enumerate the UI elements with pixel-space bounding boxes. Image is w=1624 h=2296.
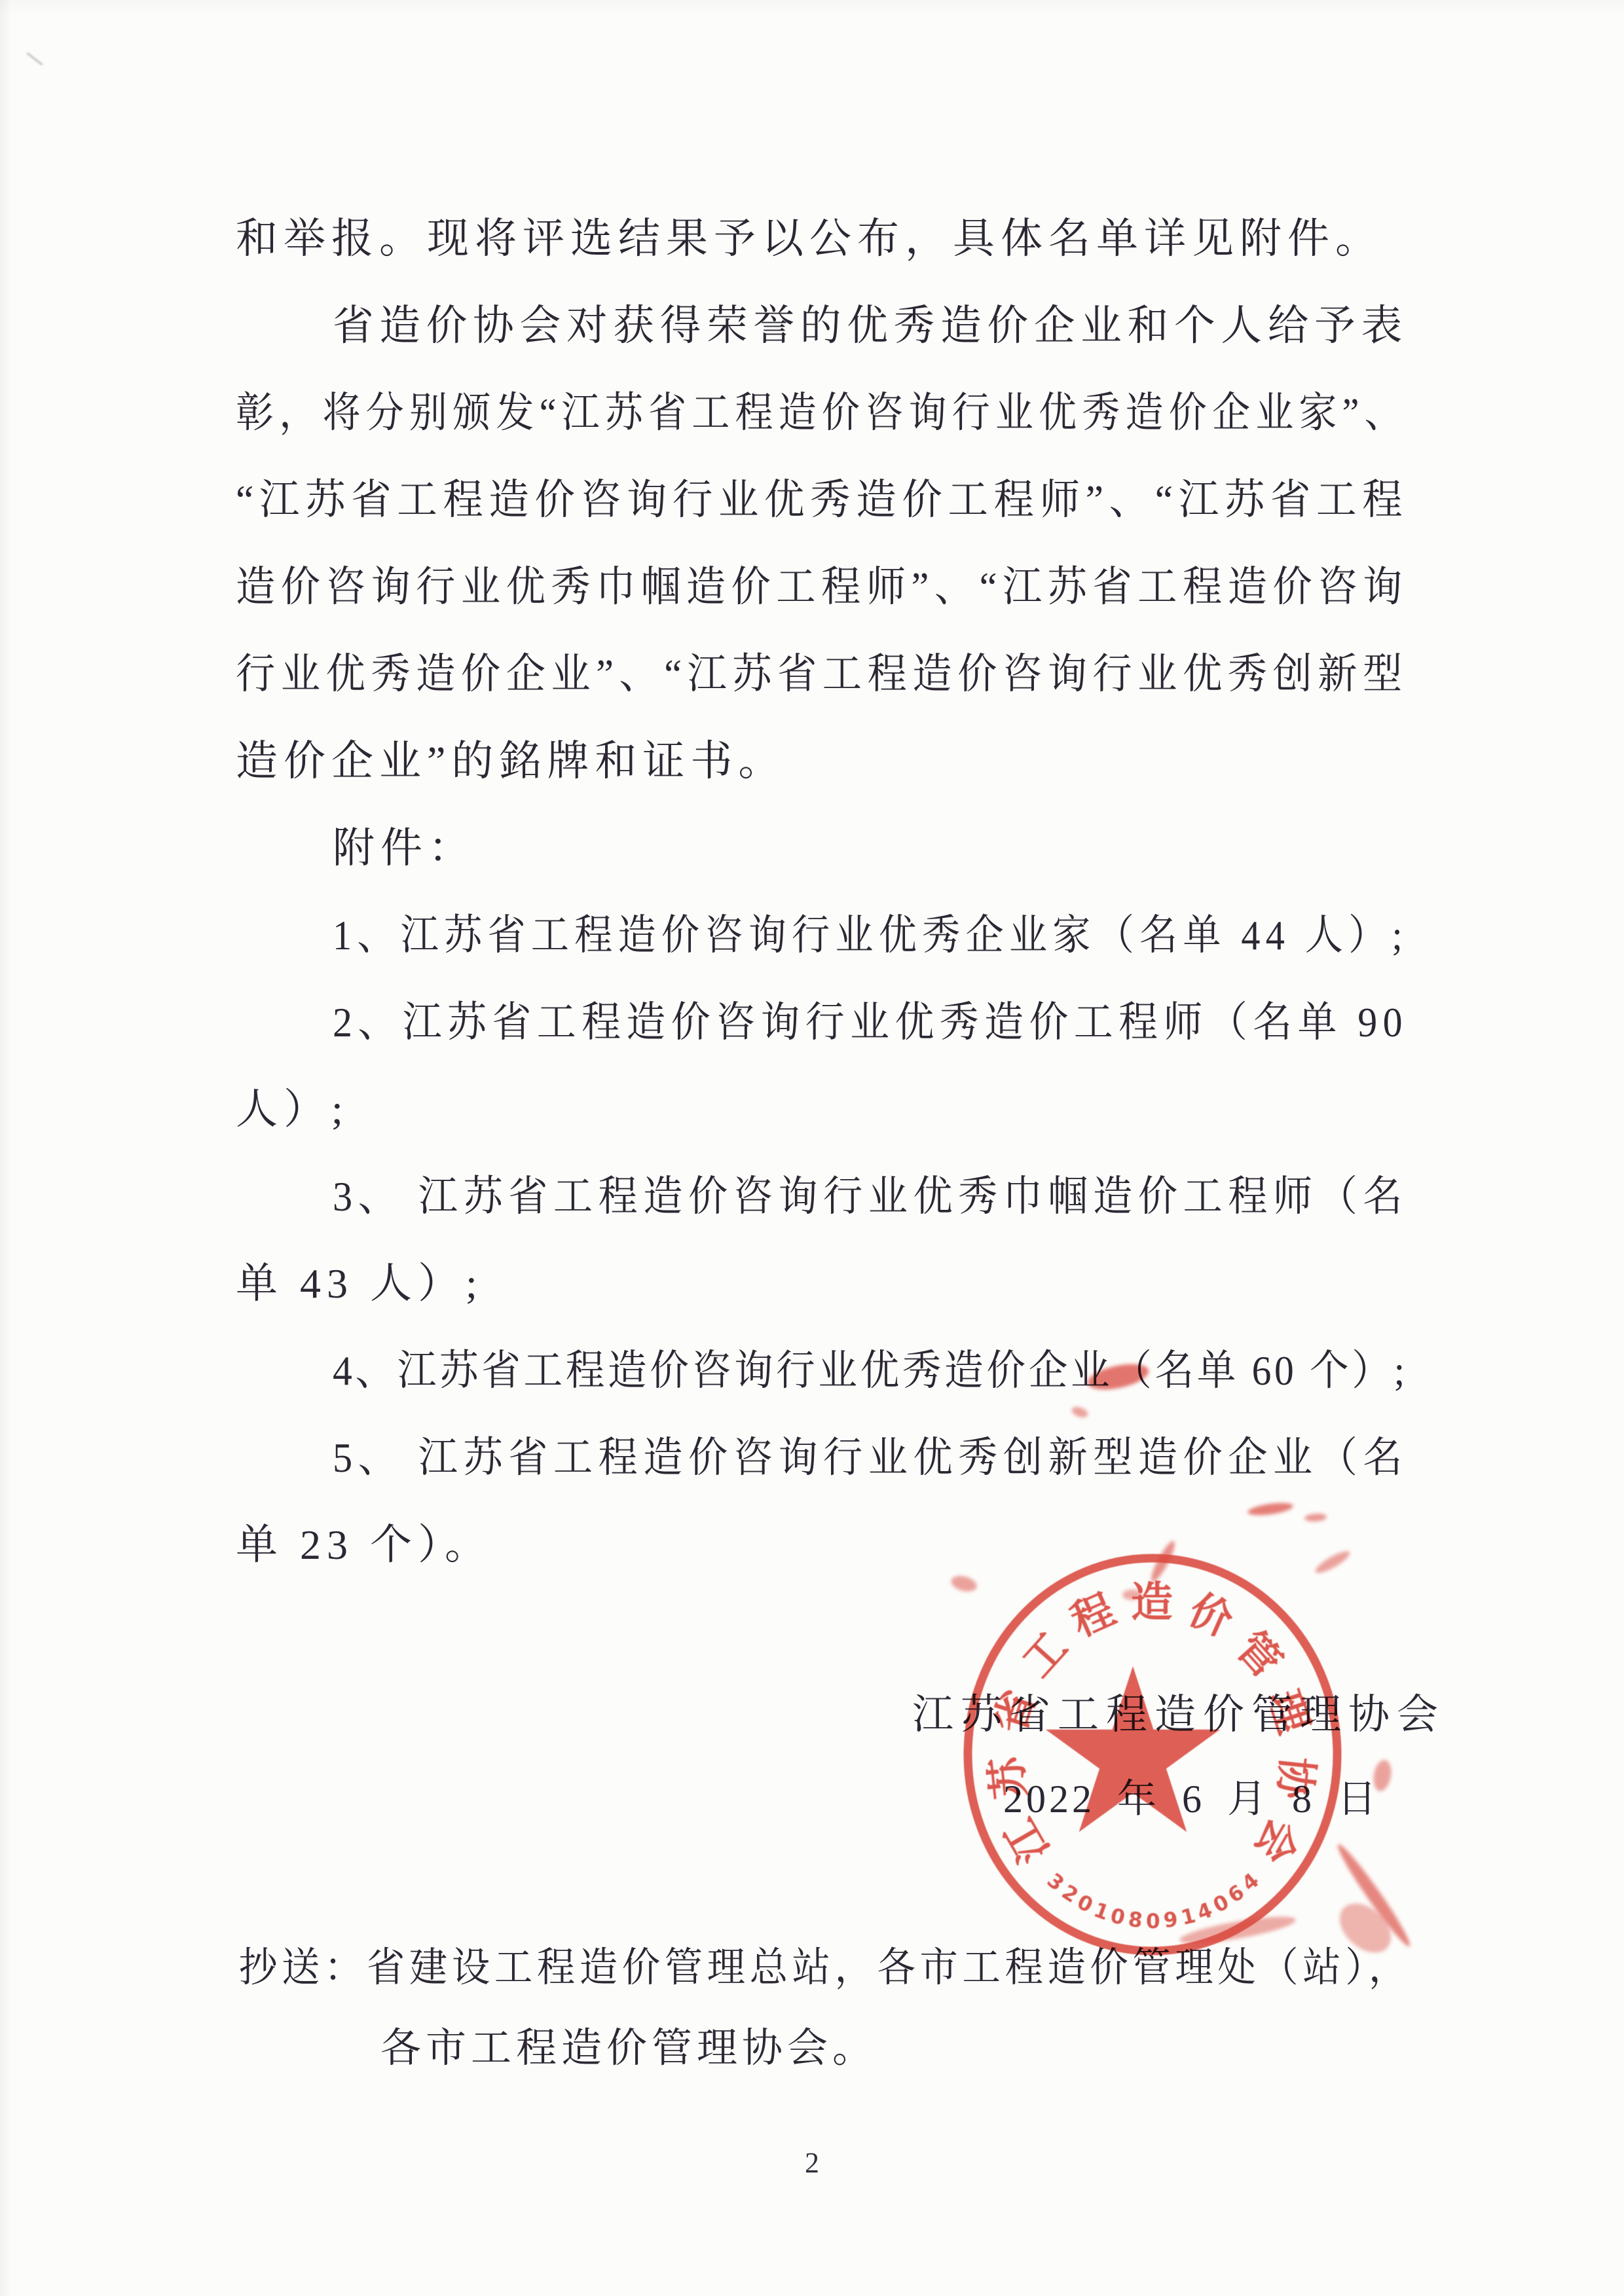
body-text-line: 人）; <box>236 1066 1408 1153</box>
body-text-line: 4、江苏省工程造价咨询行业优秀造价企业（名单 60 个）; <box>236 1327 1408 1414</box>
body-text-line: 行业优秀造价企业”、“江苏省工程造价咨询行业优秀创新型 <box>236 630 1408 718</box>
scanned-document-page: 和举报。现将评选结果予以公布，具体名单详见附件。省造价协会对获得荣誉的优秀造价企… <box>0 0 1624 2296</box>
seal-code-digit: 3 <box>1043 1869 1069 1896</box>
body-text-line: 和举报。现将评选结果予以公布，具体名单详见附件。 <box>236 195 1408 282</box>
cc-line-1: 抄送：省建设工程造价管理总站，各市工程造价管理处（站）， <box>239 1925 1484 2011</box>
body-text-line: 省造价协会对获得荣誉的优秀造价企业和个人给予表 <box>236 282 1408 369</box>
body-text-line: 单 43 人）; <box>236 1240 1408 1327</box>
body-text-line: 造价企业”的銘牌和证书。 <box>236 718 1408 805</box>
seal-smudge <box>1122 1590 1142 1600</box>
body-text-line: 彰，将分别颁发“江苏省工程造价咨询行业优秀造价企业家”、 <box>236 369 1408 456</box>
page-number: 2 <box>0 2146 1624 2179</box>
seal-code-digit: 4 <box>1238 1869 1264 1896</box>
body-text-line: “江苏省工程造价咨询行业优秀造价工程师”、“江苏省工程 <box>236 456 1408 543</box>
body-text-line: 2、江苏省工程造价咨询行业优秀造价工程师（名单 90 <box>236 979 1408 1066</box>
cc-line-2-text: 各市工程造价管理协会。 <box>380 2006 877 2091</box>
body-text-line: 3、 江苏省工程造价咨询行业优秀巾帼造价工程师（名 <box>236 1153 1408 1240</box>
seal-code-digit: 6 <box>1224 1880 1249 1908</box>
seal-code-digit: 0 <box>1209 1890 1232 1918</box>
cc-line-1-text: 抄送：省建设工程造价管理总站，各市工程造价管理处（站）， <box>239 1925 1411 2011</box>
cc-line-2: 各市工程造价管理协会。 <box>380 2006 877 2091</box>
body-text-line: 1、江苏省工程造价咨询行业优秀企业家（名单 44 人）; <box>236 892 1408 979</box>
document-body: 和举报。现将评选结果予以公布，具体名单详见附件。省造价协会对获得荣誉的优秀造价企… <box>236 195 1408 1588</box>
seal-code-digit: 4 <box>1194 1898 1216 1925</box>
body-text-line: 造价咨询行业优秀巾帼造价工程师”、“江苏省工程造价咨询 <box>236 543 1408 630</box>
seal-code-digit: 0 <box>1073 1890 1096 1918</box>
signature-organization: 江苏省工程造价管理协会 <box>912 1671 1445 1758</box>
scan-artifact <box>26 52 43 66</box>
body-text-line: 5、 江苏省工程造价咨询行业优秀创新型造价企业（名 <box>236 1414 1408 1501</box>
seal-code-digit: 1 <box>1090 1898 1112 1925</box>
seal-code-digit: 2 <box>1057 1880 1082 1908</box>
signature-date: 2022 年 6 月 8 日 <box>1003 1757 1380 1841</box>
body-text-line: 单 23 个）。 <box>236 1501 1408 1588</box>
body-text-line: 附件： <box>236 805 1408 892</box>
